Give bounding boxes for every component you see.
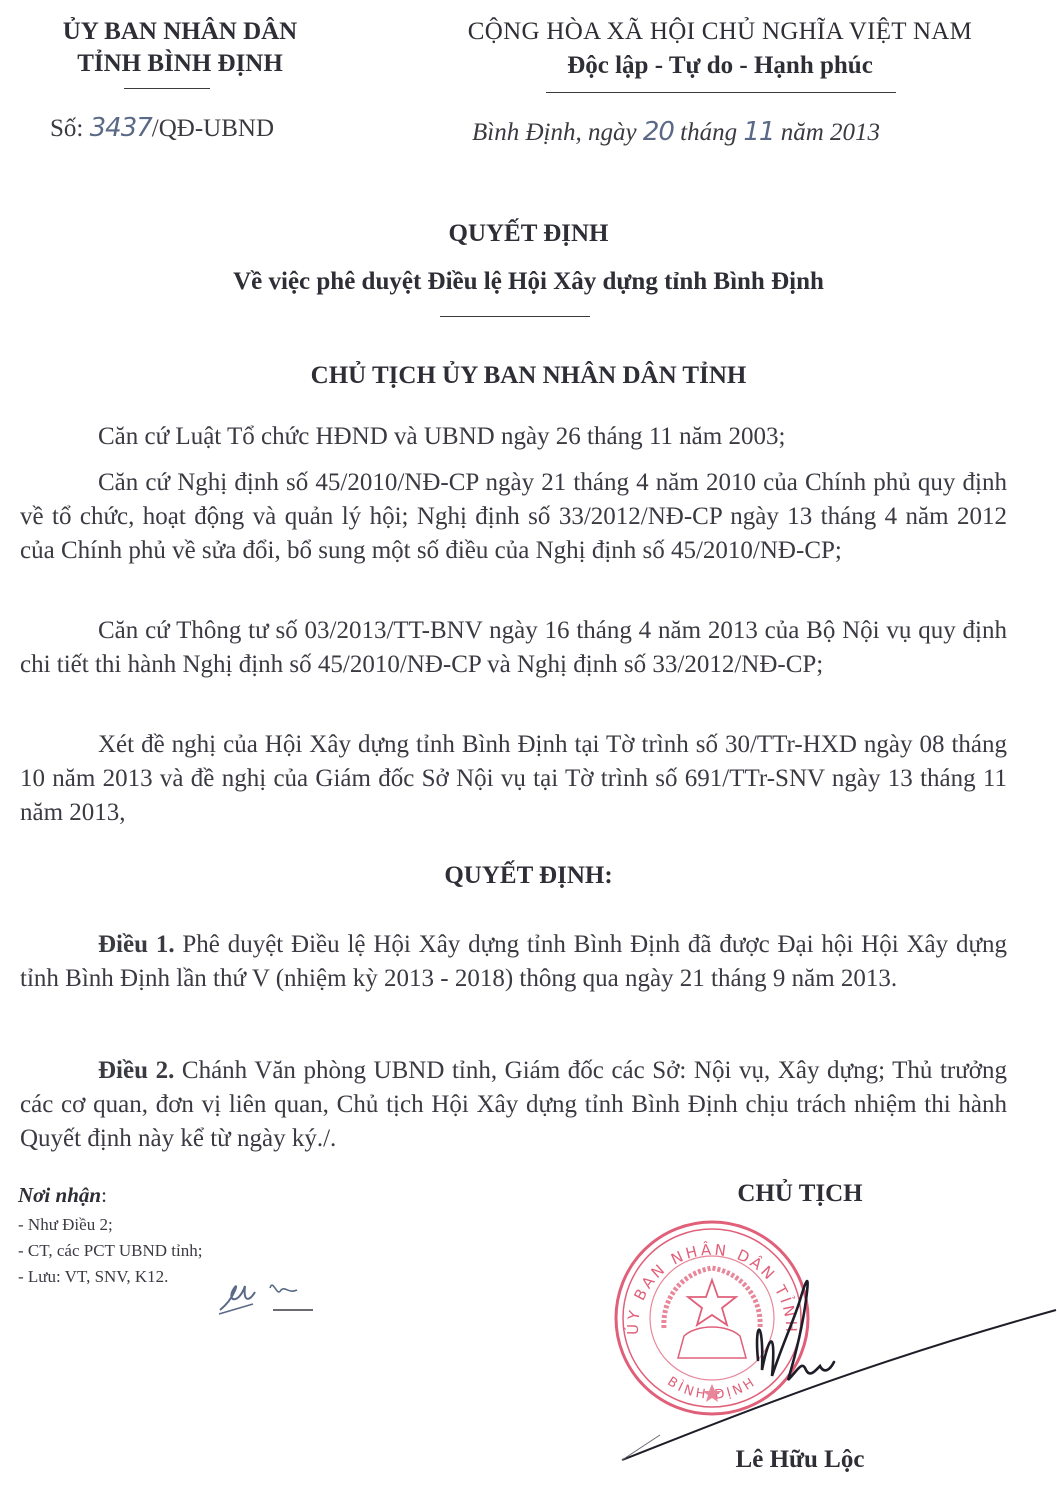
org-name-line2: TỈNH BÌNH ĐỊNH <box>10 48 350 80</box>
recipient-item: - Như Điều 2; <box>18 1214 113 1236</box>
preamble-paragraph: Căn cứ Luật Tổ chức HĐND và UBND ngày 26… <box>20 420 1007 454</box>
org-divider <box>124 88 210 89</box>
date-prefix: Bình Định, ngày <box>472 119 643 146</box>
issuing-authority: CHỦ TỊCH ỦY BAN NHÂN DÂN TỈNH <box>0 362 1057 390</box>
preamble-paragraph: Căn cứ Nghị định số 45/2010/NĐ-CP ngày 2… <box>20 466 1007 568</box>
date-mid: tháng <box>674 119 743 146</box>
handwritten-signature-icon <box>580 1220 1057 1480</box>
org-name-line1: ỦY BAN NHÂN DÂN <box>10 16 350 48</box>
signer-name: Lê Hữu Lộc <box>640 1446 960 1474</box>
article-label: Điều 2. <box>98 1057 174 1084</box>
doc-number-suffix: /QĐ-UBND <box>152 115 274 142</box>
preamble-paragraph: Xét đề nghị của Hội Xây dựng tỉnh Bình Đ… <box>20 728 1007 830</box>
recipient-item: - CT, các PCT UBND tỉnh; <box>18 1240 202 1262</box>
national-motto: Độc lập - Tự do - Hạnh phúc <box>420 50 1020 82</box>
doc-number-handwritten: 3437 <box>90 113 152 143</box>
motto-divider <box>546 92 896 93</box>
article-1: Điều 1. Phê duyệt Điều lệ Hội Xây dựng t… <box>20 928 1007 996</box>
preamble-paragraph: Căn cứ Thông tư số 03/2013/TT-BNV ngày 1… <box>20 614 1007 682</box>
document-type-heading: QUYẾT ĐỊNH <box>0 220 1057 248</box>
date-month-handwritten: 11 <box>743 117 774 147</box>
recipient-item: - Lưu: VT, SNV, K12. <box>18 1266 168 1288</box>
issue-date: Bình Định, ngày 20 tháng 11 năm 2013 <box>472 116 880 149</box>
document-subject: Về việc phê duyệt Điều lệ Hội Xây dựng t… <box>0 268 1057 296</box>
recipients-title: Nơi nhận: <box>18 1183 107 1208</box>
date-suffix: năm 2013 <box>774 119 880 146</box>
subject-divider <box>440 316 590 317</box>
date-day-handwritten: 20 <box>643 117 674 147</box>
signer-position: CHỦ TỊCH <box>640 1180 960 1208</box>
doc-number-prefix: Số: <box>50 115 90 142</box>
article-label: Điều 1. <box>98 931 175 958</box>
initials-mark-icon <box>215 1268 325 1318</box>
article-2: Điều 2. Chánh Văn phòng UBND tỉnh, Giám … <box>20 1054 1007 1156</box>
decision-heading: QUYẾT ĐỊNH: <box>0 862 1057 890</box>
nation-title: CỘNG HÒA XÃ HỘI CHỦ NGHĨA VIỆT NAM <box>420 16 1020 48</box>
document-number: Số: 3437/QĐ-UBND <box>50 112 274 145</box>
